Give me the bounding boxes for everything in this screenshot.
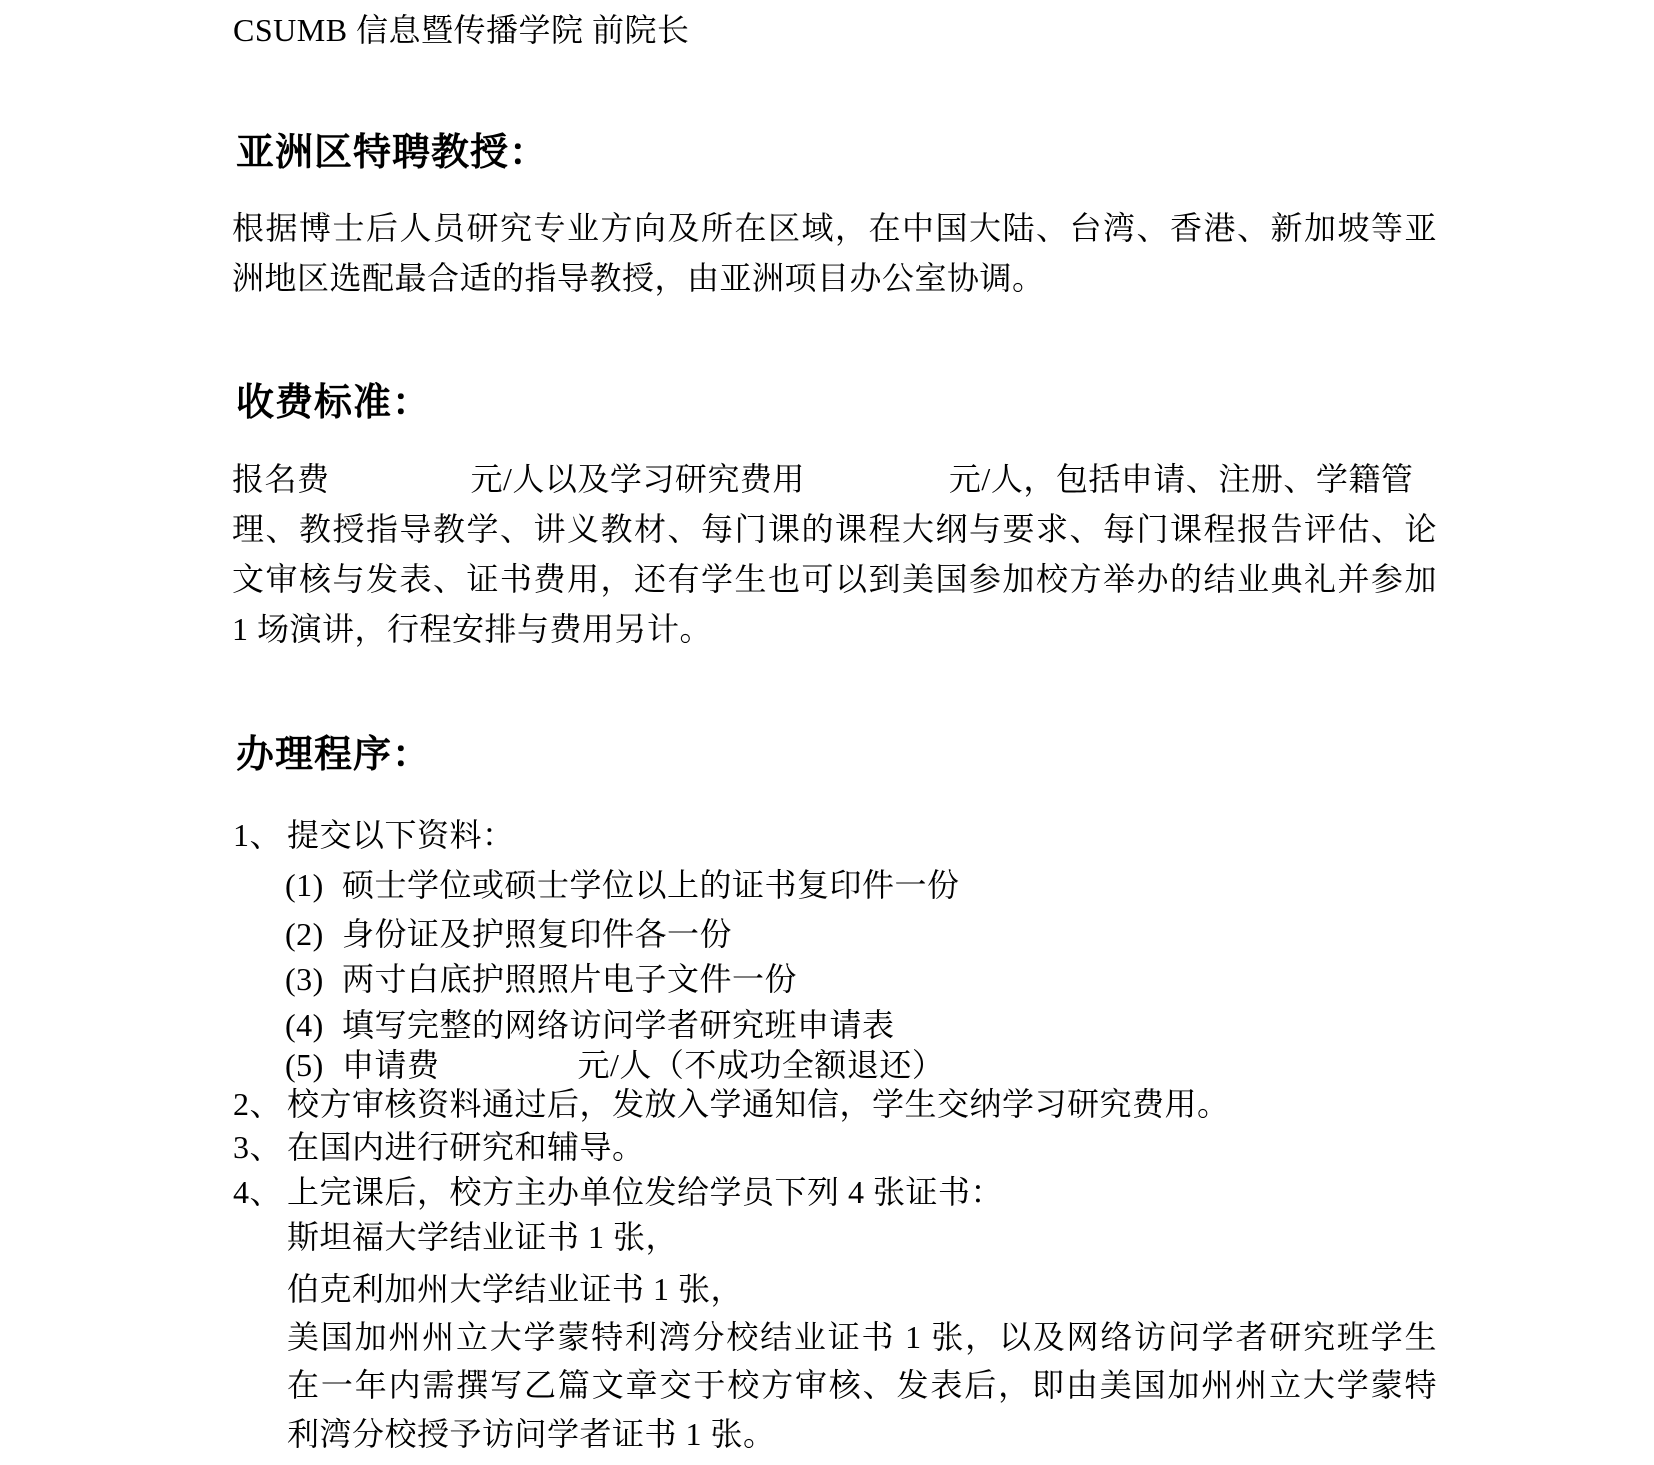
list-marker: 3、 [233,1127,287,1167]
paragraph-line: 根据博士后人员研究专业方向及所在区域，在中国大陆、台湾、香港、新加坡等亚 [232,208,1437,248]
sub-list-item-1: (1)硕士学位或硕士学位以上的证书复印件一份 [285,865,960,905]
sub-list-marker: (4) [285,1005,342,1045]
sub-list-text: 申请费 [342,1047,440,1083]
certificate-line: 斯坦福大学结业证书 1 张， [287,1217,678,1257]
sub-list-item-5: (5)申请费元/人（不成功全额退还） [285,1045,944,1085]
sub-list-text: 两寸白底护照照片电子文件一份 [342,961,797,997]
sub-list-marker: (3) [285,959,342,999]
section-heading-procedure: 办理程序： [236,732,431,778]
fee-text-part3: 元/人，包括申请、注册、学籍管 [949,461,1413,497]
list-text: 在国内进行研究和辅导。 [287,1129,645,1165]
fee-amount-blank [330,489,471,490]
section-heading-fees: 收费标准： [236,380,431,426]
list-marker: 2、 [233,1084,287,1124]
document-page: CSUMB 信息暨传播学院 前院长 亚洲区特聘教授： 根据博士后人员研究专业方向… [0,0,1654,1465]
paragraph-line: 报名费元/人以及学习研究费用元/人，包括申请、注册、学籍管 [232,459,1413,499]
sub-list-marker: (2) [285,914,342,954]
sub-list-marker: (5) [285,1045,342,1085]
paragraph-line: 1 场演讲，行程安排与费用另计。 [232,609,712,649]
sub-list-item-2: (2)身份证及护照复印件各一份 [285,914,732,954]
fee-amount-blank [805,489,949,490]
list-item-4: 4、上完课后，校方主办单位发给学员下列 4 张证书： [233,1172,1003,1212]
fee-text-part1: 报名费 [232,461,330,497]
list-marker: 4、 [233,1172,287,1212]
paragraph-line: 理、教授指导教学、讲义教材、每门课的课程大纲与要求、每门课程报告评估、论 [232,509,1437,549]
certificate-line: 利湾分校授予访问学者证书 1 张。 [287,1414,776,1454]
list-text: 校方审核资料通过后，发放入学通知信，学生交纳学习研究费用。 [287,1086,1230,1122]
affiliation-line: CSUMB 信息暨传播学院 前院长 [233,10,690,50]
certificate-line: 美国加州州立大学蒙特利湾分校结业证书 1 张，以及网络访问学者研究班学生 [287,1317,1437,1357]
sub-list-text: 填写完整的网络访问学者研究班申请表 [342,1007,895,1043]
list-text: 上完课后，校方主办单位发给学员下列 4 张证书： [287,1174,1003,1210]
sub-list-marker: (1) [285,865,342,905]
sub-list-item-4: (4)填写完整的网络访问学者研究班申请表 [285,1005,895,1045]
paragraph-line: 洲地区选配最合适的指导教授，由亚洲项目办公室协调。 [232,258,1045,298]
section-heading-asia-professor: 亚洲区特聘教授： [236,130,548,176]
list-item-1: 1、提交以下资料： [233,815,515,855]
sub-list-text: 硕士学位或硕士学位以上的证书复印件一份 [342,867,960,903]
sub-list-item-3: (3)两寸白底护照照片电子文件一份 [285,959,797,999]
fee-text-part2: 元/人以及学习研究费用 [471,461,805,497]
certificate-line: 伯克利加州大学结业证书 1 张， [287,1269,743,1309]
list-text: 提交以下资料： [287,817,515,853]
certificate-line: 在一年内需撰写乙篇文章交于校方审核、发表后，即由美国加州州立大学蒙特 [287,1365,1437,1405]
sub-list-text: 元/人（不成功全额退还） [578,1047,945,1083]
paragraph-line: 文审核与发表、证书费用，还有学生也可以到美国参加校方举办的结业典礼并参加 [232,559,1437,599]
list-item-2: 2、校方审核资料通过后，发放入学通知信，学生交纳学习研究费用。 [233,1084,1230,1124]
list-item-3: 3、在国内进行研究和辅导。 [233,1127,645,1167]
fee-amount-blank [440,1075,578,1076]
sub-list-text: 身份证及护照复印件各一份 [342,916,732,952]
list-marker: 1、 [233,815,287,855]
